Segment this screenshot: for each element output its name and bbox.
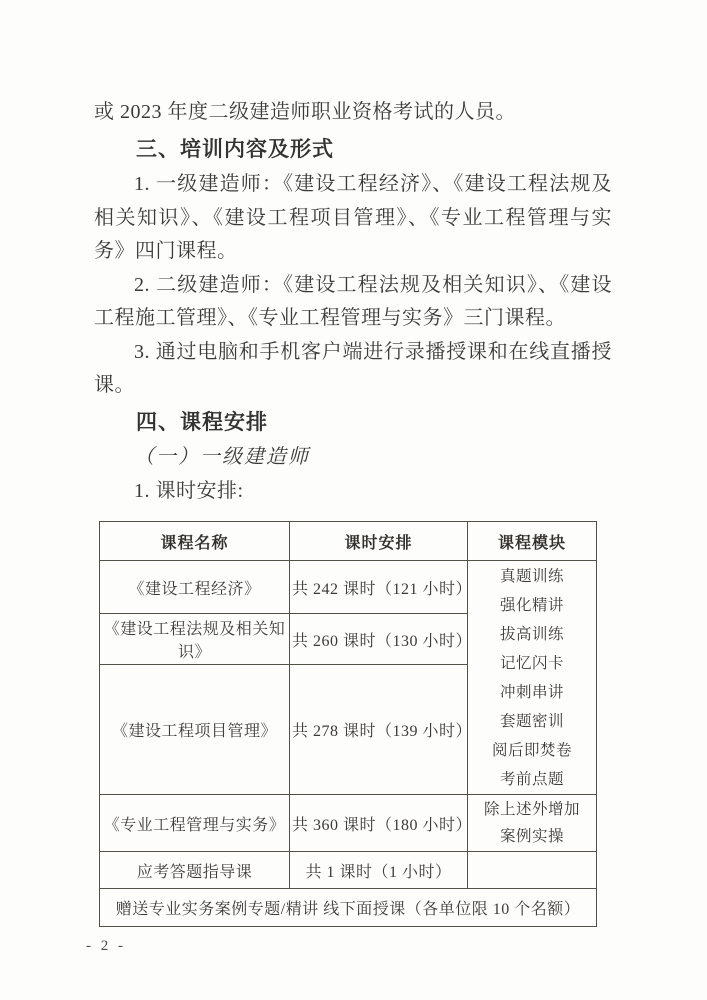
cell-course-name: 《建设工程经济》 xyxy=(100,561,290,614)
cell-course-name: 《建设工程项目管理》 xyxy=(100,665,290,795)
module-item: 除上述外增加 xyxy=(470,796,594,823)
paragraph-delivery-format: 3. 通过电脑和手机客户端进行录播授课和在线直播授课。 xyxy=(94,336,612,403)
cell-course-name: 应考答题指导课 xyxy=(100,852,290,889)
course-schedule-table: 课程名称 课时安排 课程模块 《建设工程经济》 共 242 课时（121 小时）… xyxy=(99,521,597,927)
col-header-hours: 课时安排 xyxy=(290,522,468,561)
module-item: 考前点题 xyxy=(470,765,594,794)
section-3-heading: 三、培训内容及形式 xyxy=(94,133,612,167)
cell-shared-modules: 真题训练 强化精讲 拔高训练 记忆闪卡 冲刺串讲 套题密训 阅后即焚卷 考前点题 xyxy=(468,561,597,795)
cell-footer-note: 赠送专业实务案例专题/精讲 线下面授课（各单位限 10 个名额） xyxy=(100,889,597,927)
cell-hours: 共 242 课时（121 小时） xyxy=(290,561,468,614)
document-content: 或 2023 年度二级建造师职业资格考试的人员。 三、培训内容及形式 1. 一级… xyxy=(94,96,612,955)
cell-course-name: 《专业工程管理与实务》 xyxy=(100,795,290,852)
subsection-level1-heading: （一）一级建造师 xyxy=(94,441,612,475)
table-header-row: 课程名称 课时安排 课程模块 xyxy=(100,522,597,561)
paragraph-level2-courses: 2. 二级建造师：《建设工程法规及相关知识》、《建设工程施工管理》、《专业工程管… xyxy=(94,269,612,336)
schedule-label: 1. 课时安排: xyxy=(94,475,612,509)
module-item: 案例实操 xyxy=(470,823,594,850)
cell-course-name: 《建设工程法规及相关知识》 xyxy=(100,614,290,665)
cell-empty-modules xyxy=(468,852,597,889)
cell-hours: 共 1 课时（1 小时） xyxy=(290,852,468,889)
table-row: 应考答题指导课 共 1 课时（1 小时） xyxy=(100,852,597,889)
module-item: 记忆闪卡 xyxy=(470,649,594,678)
col-header-modules: 课程模块 xyxy=(468,522,597,561)
module-item: 拔高训练 xyxy=(470,620,594,649)
cell-hours: 共 360 课时（180 小时） xyxy=(290,795,468,852)
cell-hours: 共 278 课时（139 小时） xyxy=(290,665,468,795)
module-item: 真题训练 xyxy=(470,562,594,591)
document-page: 或 2023 年度二级建造师职业资格考试的人员。 三、培训内容及形式 1. 一级… xyxy=(0,0,707,1000)
col-header-course-name: 课程名称 xyxy=(100,522,290,561)
table-row: 《建设工程经济》 共 242 课时（121 小时） 真题训练 强化精讲 拔高训练… xyxy=(100,561,597,614)
module-item: 冲刺串讲 xyxy=(470,678,594,707)
page-number: - 2 - xyxy=(86,938,612,955)
table-row: 《专业工程管理与实务》 共 360 课时（180 小时） 除上述外增加 案例实操 xyxy=(100,795,597,852)
module-item: 阅后即焚卷 xyxy=(470,736,594,765)
module-item: 套题密训 xyxy=(470,707,594,736)
cell-hours: 共 260 课时（130 小时） xyxy=(290,614,468,665)
module-item: 强化精讲 xyxy=(470,591,594,620)
cell-practical-modules: 除上述外增加 案例实操 xyxy=(468,795,597,852)
paragraph-level1-courses: 1. 一级建造师：《建设工程经济》、《建设工程法规及相关知识》、《建设工程项目管… xyxy=(94,168,612,269)
paragraph-continuation: 或 2023 年度二级建造师职业资格考试的人员。 xyxy=(94,96,612,130)
table-footer-row: 赠送专业实务案例专题/精讲 线下面授课（各单位限 10 个名额） xyxy=(100,889,597,927)
section-4-heading: 四、课程安排 xyxy=(94,406,612,440)
